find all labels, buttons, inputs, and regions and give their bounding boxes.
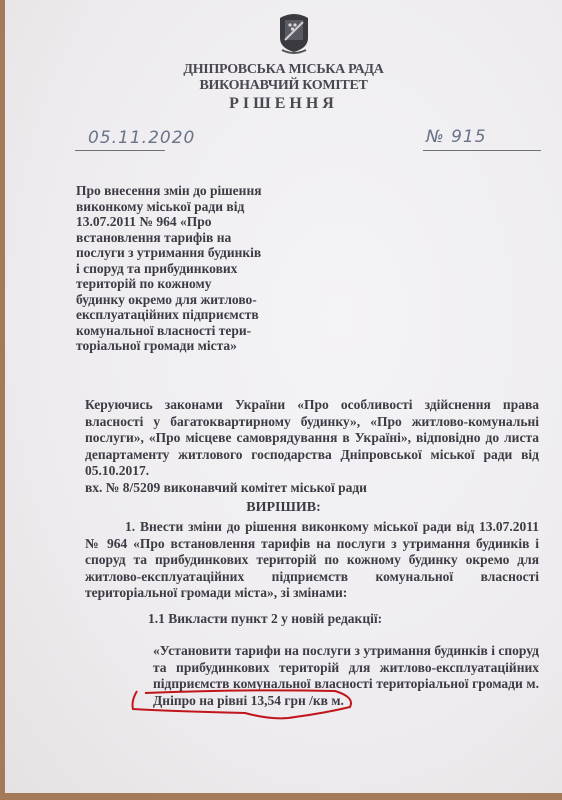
- title-line: і споруд та прибудинкових: [76, 261, 306, 277]
- committee-name: ВИКОНАВЧИЙ КОМІТЕТ: [5, 78, 562, 94]
- council-name: ДНІПРОВСЬКА МІСЬКА РАДА: [5, 62, 562, 78]
- quote-text: «Установити тарифи на послуги з утриманн…: [153, 643, 539, 691]
- title-line: торіальної громади міста»: [76, 338, 306, 354]
- document-title: Про внесення змін до рішення виконкому м…: [76, 183, 306, 354]
- title-line: 13.07.2011 № 964 «Про: [76, 214, 306, 230]
- title-line: послуги з утримання будинків: [76, 245, 306, 261]
- document-page: ДНІПРОВСЬКА МІСЬКА РАДА ВИКОНАВЧИЙ КОМІТ…: [5, 0, 562, 793]
- clause-1-1: 1.1 Викласти пункт 2 у новій редакції:: [148, 611, 382, 627]
- decided-heading: ВИРІШИВ:: [5, 500, 562, 516]
- coat-of-arms-icon: [276, 12, 312, 56]
- preamble-reference: вх. № 8/5209 виконавчий комітет міської …: [85, 480, 539, 497]
- title-line: комунальної власності тери-: [76, 323, 306, 339]
- title-line: виконкому міської ради від: [76, 199, 306, 215]
- date-underline: [75, 150, 165, 151]
- hand-drawn-highlight-circle: [125, 687, 355, 723]
- decision-date: 05.11.2020: [88, 128, 195, 148]
- number-underline: [423, 150, 541, 151]
- title-line: встановлення тарифів на: [76, 230, 306, 246]
- title-line: будинку окремо для житлово-: [76, 292, 306, 308]
- title-line: Про внесення змін до рішення: [76, 183, 306, 199]
- clause-1: 1. Внести зміни до рішення виконкому міс…: [85, 519, 539, 602]
- preamble-text: Керуючись законами України «Про особливо…: [85, 397, 539, 480]
- preamble: Керуючись законами України «Про особливо…: [85, 397, 539, 496]
- document-type: РІШЕННЯ: [5, 95, 562, 113]
- decision-number: № 915: [426, 127, 487, 147]
- title-line: територій по кожному: [76, 276, 306, 292]
- title-line: експлуатаційних підприємств: [76, 307, 306, 323]
